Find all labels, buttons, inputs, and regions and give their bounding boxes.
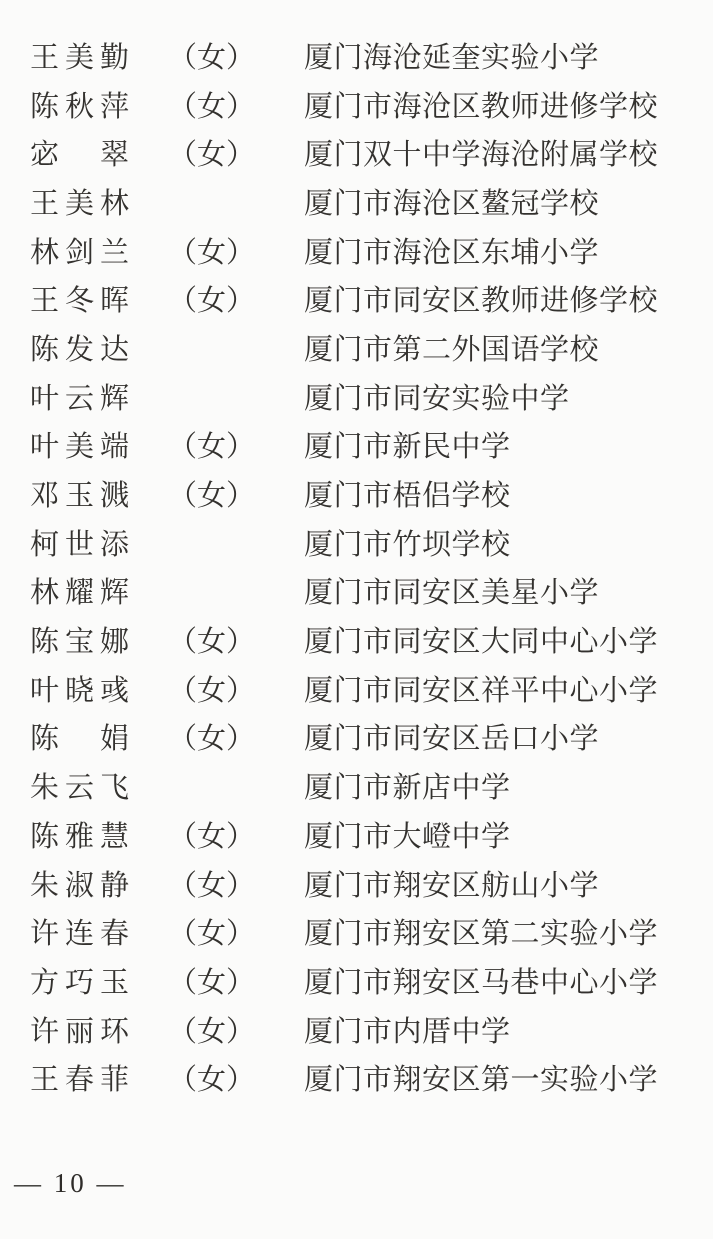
teacher-name: 叶云辉 [30, 385, 168, 414]
school-name: 厦门市翔安区马巷中心小学 [304, 969, 703, 998]
gender-label: （女） [168, 141, 304, 170]
gender-label: （女） [168, 920, 304, 949]
gender-label: （女） [168, 93, 304, 122]
school-name: 厦门市新店中学 [304, 774, 703, 803]
gender-label: （女） [168, 1066, 304, 1095]
roster-row: 柯世添 厦门市竹坝学校 [30, 521, 703, 570]
roster-row: 陈发达 厦门市第二外国语学校 [30, 326, 703, 375]
school-name: 厦门市内厝中学 [304, 1018, 703, 1047]
roster-row: 邓玉溅 （女） 厦门市梧侣学校 [30, 472, 703, 521]
roster-row: 方巧玉 （女） 厦门市翔安区马巷中心小学 [30, 959, 703, 1008]
roster-row: 王冬晖 （女） 厦门市同安区教师进修学校 [30, 277, 703, 326]
gender-label: （女） [168, 628, 304, 657]
school-name: 厦门市第二外国语学校 [304, 336, 703, 365]
teacher-name: 方巧玉 [30, 969, 168, 998]
teacher-name: 陈发达 [30, 336, 168, 365]
school-name: 厦门市同安区教师进修学校 [304, 287, 703, 316]
roster-row: 陈秋萍 （女） 厦门市海沧区教师进修学校 [30, 83, 703, 132]
teacher-name: 陈 娟 [30, 725, 168, 754]
teacher-name: 叶美端 [30, 433, 168, 462]
school-name: 厦门市翔安区第二实验小学 [304, 920, 703, 949]
teacher-name: 林耀辉 [30, 579, 168, 608]
roster-row: 王美勤 （女） 厦门海沧延奎实验小学 [30, 34, 703, 83]
roster-row: 许连春 （女） 厦门市翔安区第二实验小学 [30, 910, 703, 959]
roster-row: 陈 娟 （女） 厦门市同安区岳口小学 [30, 716, 703, 765]
school-name: 厦门市同安区美星小学 [304, 579, 703, 608]
roster-row: 许丽环 （女） 厦门市内厝中学 [30, 1008, 703, 1057]
gender-label: （女） [168, 872, 304, 901]
teacher-name: 王美林 [30, 190, 168, 219]
roster-row: 王春菲 （女） 厦门市翔安区第一实验小学 [30, 1056, 703, 1105]
school-name: 厦门市同安区岳口小学 [304, 725, 703, 754]
roster-row: 朱淑静 （女） 厦门市翔安区舫山小学 [30, 862, 703, 911]
roster-row: 林剑兰 （女） 厦门市海沧区东埔小学 [30, 229, 703, 278]
school-name: 厦门市海沧区东埔小学 [304, 239, 703, 268]
roster-row: 朱云飞 厦门市新店中学 [30, 764, 703, 813]
page-number: — 10 — [14, 1168, 127, 1199]
school-name: 厦门市翔安区舫山小学 [304, 872, 703, 901]
teacher-name: 林剑兰 [30, 239, 168, 268]
document-page: 王美勤 （女） 厦门海沧延奎实验小学 陈秋萍 （女） 厦门市海沧区教师进修学校 … [0, 0, 713, 1239]
school-name: 厦门市大嶝中学 [304, 823, 703, 852]
gender-label: （女） [168, 677, 304, 706]
school-name: 厦门市海沧区鳌冠学校 [304, 190, 703, 219]
roster-row: 陈宝娜 （女） 厦门市同安区大同中心小学 [30, 618, 703, 667]
school-name: 厦门市竹坝学校 [304, 531, 703, 560]
roster-row: 王美林 厦门市海沧区鳌冠学校 [30, 180, 703, 229]
school-name: 厦门市翔安区第一实验小学 [304, 1066, 703, 1095]
gender-label: （女） [168, 239, 304, 268]
teacher-name: 叶晓彧 [30, 677, 168, 706]
teacher-name: 陈秋萍 [30, 93, 168, 122]
roster-row: 陈雅慧 （女） 厦门市大嶝中学 [30, 813, 703, 862]
teacher-name: 朱云飞 [30, 774, 168, 803]
teacher-roster-list: 王美勤 （女） 厦门海沧延奎实验小学 陈秋萍 （女） 厦门市海沧区教师进修学校 … [30, 34, 703, 1105]
teacher-name: 许丽环 [30, 1018, 168, 1047]
roster-row: 宓 翠 （女） 厦门双十中学海沧附属学校 [30, 131, 703, 180]
teacher-name: 许连春 [30, 920, 168, 949]
teacher-name: 王冬晖 [30, 287, 168, 316]
gender-label: （女） [168, 482, 304, 511]
school-name: 厦门市梧侣学校 [304, 482, 703, 511]
school-name: 厦门海沧延奎实验小学 [304, 44, 703, 73]
school-name: 厦门市同安实验中学 [304, 385, 703, 414]
gender-label: （女） [168, 433, 304, 462]
gender-label: （女） [168, 1018, 304, 1047]
teacher-name: 王美勤 [30, 44, 168, 73]
school-name: 厦门双十中学海沧附属学校 [304, 141, 703, 170]
school-name: 厦门市同安区祥平中心小学 [304, 677, 703, 706]
teacher-name: 王春菲 [30, 1066, 168, 1095]
teacher-name: 邓玉溅 [30, 482, 168, 511]
teacher-name: 陈雅慧 [30, 823, 168, 852]
teacher-name: 宓 翠 [30, 141, 168, 170]
gender-label: （女） [168, 969, 304, 998]
roster-row: 叶晓彧 （女） 厦门市同安区祥平中心小学 [30, 667, 703, 716]
school-name: 厦门市新民中学 [304, 433, 703, 462]
gender-label: （女） [168, 44, 304, 73]
roster-row: 叶美端 （女） 厦门市新民中学 [30, 424, 703, 473]
school-name: 厦门市同安区大同中心小学 [304, 628, 703, 657]
gender-label: （女） [168, 287, 304, 316]
teacher-name: 朱淑静 [30, 872, 168, 901]
teacher-name: 柯世添 [30, 531, 168, 560]
teacher-name: 陈宝娜 [30, 628, 168, 657]
gender-label: （女） [168, 725, 304, 754]
roster-row: 林耀辉 厦门市同安区美星小学 [30, 570, 703, 619]
roster-row: 叶云辉 厦门市同安实验中学 [30, 375, 703, 424]
school-name: 厦门市海沧区教师进修学校 [304, 93, 703, 122]
gender-label: （女） [168, 823, 304, 852]
